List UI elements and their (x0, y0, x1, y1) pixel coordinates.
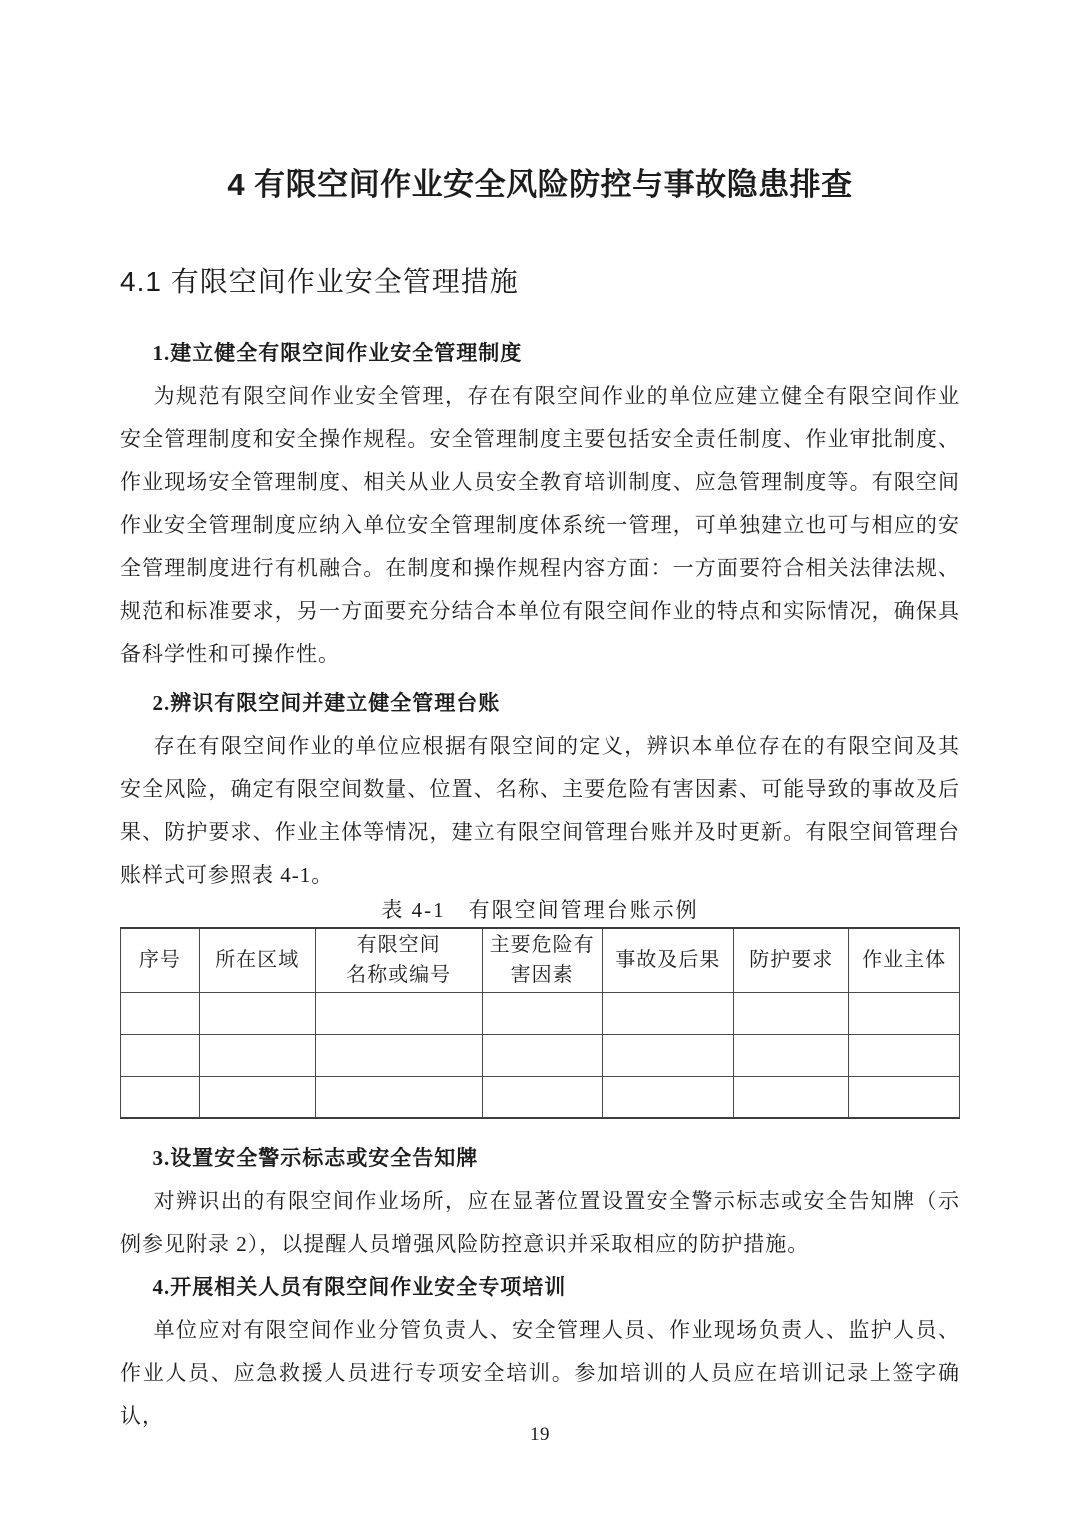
table-cell-empty (482, 1034, 602, 1076)
table-cell-empty (602, 1076, 734, 1118)
subsection-heading-2: 2.辨识有限空间并建立健全管理台账 (120, 682, 960, 725)
table-cell-empty (315, 992, 482, 1034)
table-row (121, 1076, 960, 1118)
paragraph-2: 存在有限空间作业的单位应根据有限空间的定义，辨识本单位存在的有限空间及其安全风险… (120, 725, 960, 897)
subsection-heading-3: 3.设置安全警示标志或安全告知牌 (120, 1137, 960, 1180)
table-cell-empty (315, 1076, 482, 1118)
management-ledger-table: 序号 所在区域 有限空间 名称或编号 主要危险有 害因素 事故及后果 防护要求 … (120, 927, 960, 1119)
table-cell-empty (482, 1076, 602, 1118)
table-row (121, 1034, 960, 1076)
table-cell-empty (199, 992, 315, 1034)
page-content: 4 有限空间作业安全风险防控与事故隐患排查 4.1 有限空间作业安全管理措施 1… (0, 0, 1080, 1438)
subsection-heading-1: 1.建立健全有限空间作业安全管理制度 (120, 332, 960, 375)
column-header-location: 所在区域 (199, 928, 315, 992)
table-cell-empty (602, 1034, 734, 1076)
table-cell-empty (734, 992, 849, 1034)
table-cell-empty (121, 1034, 200, 1076)
section-title: 4.1 有限空间作业安全管理措施 (120, 264, 960, 300)
column-header-hazards: 主要危险有 害因素 (482, 928, 602, 992)
table-cell-empty (121, 992, 200, 1034)
table-cell-empty (734, 1034, 849, 1076)
column-header-accidents: 事故及后果 (602, 928, 734, 992)
document-page: 4 有限空间作业安全风险防控与事故隐患排查 4.1 有限空间作业安全管理措施 1… (0, 0, 1080, 1526)
table-cell-empty (734, 1076, 849, 1118)
table-cell-empty (199, 1034, 315, 1076)
column-header-space-name: 有限空间 名称或编号 (315, 928, 482, 992)
subsection-heading-4: 4.开展相关人员有限空间作业安全专项培训 (120, 1266, 960, 1309)
table-cell-empty (849, 1034, 960, 1076)
table-cell-empty (482, 992, 602, 1034)
table-caption: 表 4-1 有限空间管理台账示例 (120, 897, 960, 923)
column-header-protection: 防护要求 (734, 928, 849, 992)
paragraph-3: 对辨识出的有限空间作业场所，应在显著位置设置安全警示标志或安全告知牌（示例参见附… (120, 1180, 960, 1266)
chapter-title: 4 有限空间作业安全风险防控与事故隐患排查 (120, 0, 960, 210)
page-number: 19 (0, 1424, 1080, 1446)
table-cell-empty (199, 1076, 315, 1118)
paragraph-4: 单位应对有限空间作业分管负责人、安全管理人员、作业现场负责人、监护人员、作业人员… (120, 1309, 960, 1438)
table-cell-empty (602, 992, 734, 1034)
table-cell-empty (849, 1076, 960, 1118)
table-cell-empty (121, 1076, 200, 1118)
table-header-row: 序号 所在区域 有限空间 名称或编号 主要危险有 害因素 事故及后果 防护要求 … (121, 928, 960, 992)
table-cell-empty (315, 1034, 482, 1076)
column-header-operator: 作业主体 (849, 928, 960, 992)
table-row (121, 992, 960, 1034)
column-header-serial: 序号 (121, 928, 200, 992)
table-cell-empty (849, 992, 960, 1034)
paragraph-1: 为规范有限空间作业安全管理，存在有限空间作业的单位应建立健全有限空间作业安全管理… (120, 375, 960, 676)
